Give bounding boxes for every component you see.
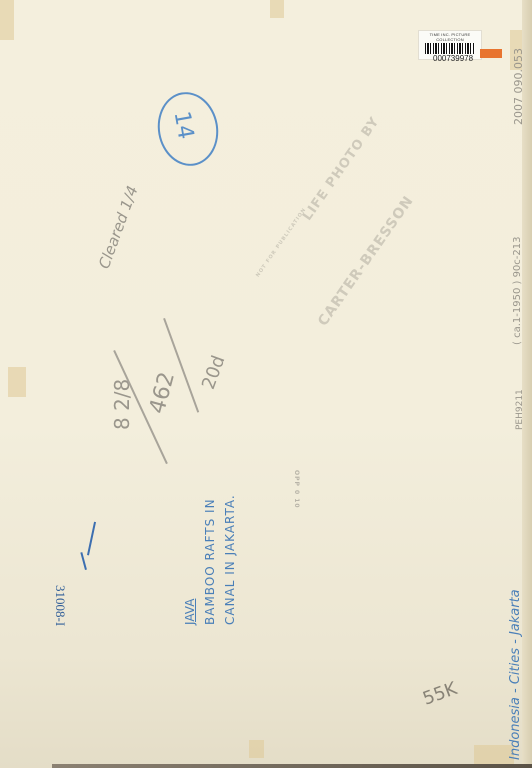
photo-print-back: TIME INC. PICTURE COLLECTION 000739978 1… bbox=[0, 0, 532, 768]
pencil-fraction-middle: 462 bbox=[145, 369, 180, 416]
pen-check-line bbox=[87, 522, 96, 556]
archive-code-2: PEH9211 bbox=[515, 389, 525, 430]
barcode-icon bbox=[425, 43, 475, 54]
tape-remnant bbox=[249, 740, 264, 758]
circled-number-text: 14 bbox=[169, 109, 198, 141]
barcode-title: TIME INC. PICTURE COLLECTION bbox=[419, 32, 481, 42]
stamped-id: 31008-I bbox=[52, 585, 68, 626]
tape-remnant bbox=[270, 0, 284, 18]
pencil-fraction-right: 20d bbox=[198, 353, 229, 392]
credit-stamp-line2: CARTER-BRESSON bbox=[315, 193, 417, 329]
orange-tag bbox=[480, 49, 502, 58]
barcode-label: TIME INC. PICTURE COLLECTION 000739978 bbox=[418, 30, 482, 60]
print-shadow bbox=[52, 764, 532, 768]
bottom-pencil-note: 55K bbox=[420, 678, 460, 710]
barcode-number: 000739978 bbox=[433, 54, 481, 63]
tape-remnant bbox=[0, 0, 14, 40]
credit-stamp-line1: LIFE PHOTO BY bbox=[300, 114, 383, 223]
pencil-signature: Cleared 1/4 bbox=[95, 183, 142, 271]
caption-line2: CANAL IN JAKARTA. bbox=[223, 494, 237, 625]
small-stamp: NOT FOR PUBLICATION bbox=[255, 207, 308, 279]
tape-remnant bbox=[8, 367, 26, 397]
archive-code: 2007 090.053 bbox=[512, 48, 525, 125]
caption-line1: BAMBOO RAFTS IN bbox=[203, 498, 217, 625]
circled-number: 14 bbox=[152, 87, 224, 170]
faint-stamp: OPP 0 10 bbox=[293, 470, 300, 509]
category-note: Indonesia - Cities - Jakarta bbox=[508, 589, 523, 760]
archive-ref: ( ca.1-1950 ) 90c-213 bbox=[512, 237, 523, 345]
caption-heading: JAVA bbox=[183, 599, 197, 625]
